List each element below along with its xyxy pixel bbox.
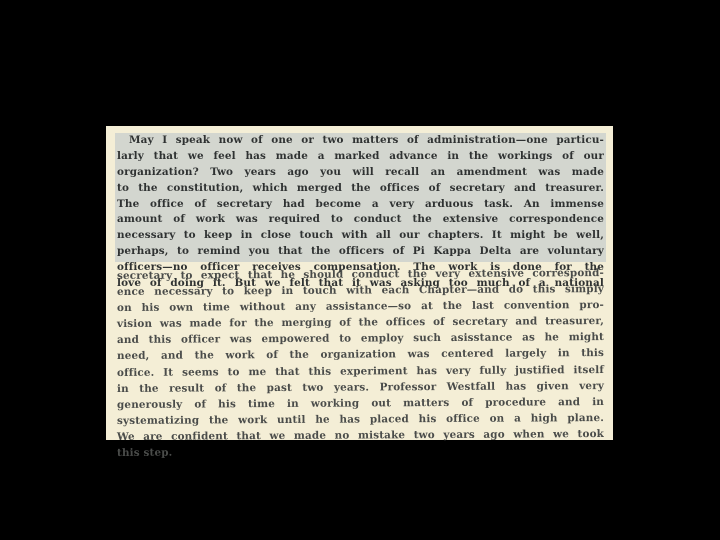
text-line: amount of work was required to conduct t… xyxy=(115,212,606,228)
text-line: necessary to keep in close touch with al… xyxy=(115,228,606,244)
highlighted-paragraph: May I speak now of one or two matters of… xyxy=(115,133,606,262)
text-line: The office of secretary had become a ver… xyxy=(115,197,606,213)
scanned-document-clipping: May I speak now of one or two matters of… xyxy=(106,126,613,440)
text-line: to the constitution, which merged the of… xyxy=(115,181,606,197)
continued-paragraph: secretary to expect that he should condu… xyxy=(115,268,606,461)
text-line: May I speak now of one or two matters of… xyxy=(115,133,606,149)
text-line: larly that we feel has made a marked adv… xyxy=(115,149,606,165)
text-line: organization? Two years ago you will rec… xyxy=(115,165,606,181)
text-line: this step. xyxy=(115,442,606,461)
slide-stage: May I speak now of one or two matters of… xyxy=(0,0,720,540)
text-line: perhaps, to remind you that the officers… xyxy=(115,244,606,260)
